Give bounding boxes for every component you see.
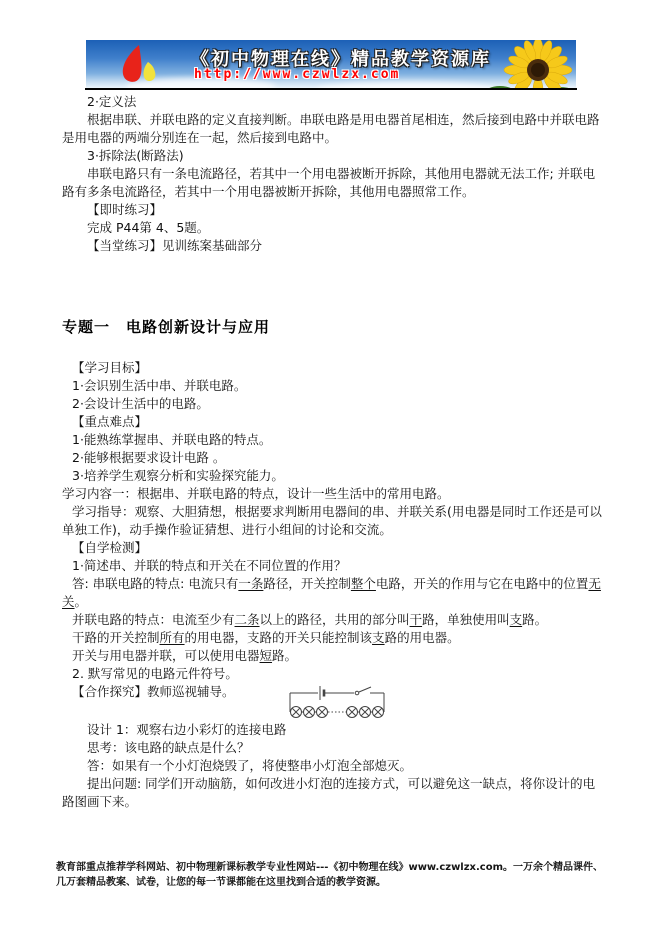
text-run: 根据串联、并联电路的定义直接判断。串联电路是用电器首尾相连，然后接到电路中并联电… [62,112,600,145]
paragraph: 提出问题: 同学们开动脑筋，如何改进小灯泡的连接方式，可以避免这一缺点，将你设计… [62,775,602,811]
paragraph: 思考：该电路的缺点是什么？ [62,739,602,757]
paragraph: 2·定义法 [62,93,602,111]
text-run: 1·能熟练掌握串、并联电路的特点。 [72,432,271,447]
paragraph: 完成 P44第 4、5题。 [62,219,602,237]
text-run: 2·会设计生活中的电路。 [72,396,209,411]
paragraph: 【即时练习】 [62,201,602,219]
paragraph: 设计 1：观察右边小彩灯的连接电路 [62,721,602,739]
text-run: 【重点难点】 [72,414,147,429]
text-run: 【当堂练习】见训练案基础部分 [87,238,262,253]
text-run: 学习指导：观察、大胆猜想，根据要求判断用电器间的串、并联关系(用电器是同时工作还… [62,504,602,537]
paragraph-group: 设计 1：观察右边小彩灯的连接电路思考：该电路的缺点是什么？答：如果有一个小灯泡… [62,721,602,811]
paragraph: 2·会设计生活中的电路。 [62,395,602,413]
answer-underline: 所有 [160,630,185,645]
text-run: 开关与用电器并联，可以使用电器 [72,648,260,663]
paragraph: 3·拆除法(断路法) [62,147,602,165]
text-run: 路。 [272,648,297,663]
text-run: 2·能够根据要求设计电路 。 [72,450,225,465]
text-run: 提出问题: 同学们开动脑筋，如何改进小灯泡的连接方式，可以避免这一缺点，将你设计… [62,776,595,809]
paragraph: 并联电路的特点：电流至少有二条以上的路径，共用的部分叫干路，单独使用叫支路。 [62,611,602,629]
paragraph: 答：如果有一个小灯泡烧毁了，将使整串小灯泡全部熄灭。 [62,757,602,775]
text-run: 1·简述串、并联的特点和开关在不同位置的作用？ [72,558,346,573]
document-page: 《初中物理在线》精品教学资源库 http://www.czwlzx.com [0,0,661,936]
document-body: 2·定义法根据串联、并联电路的定义直接判断。串联电路是用电器首尾相连，然后接到电… [62,93,602,811]
paragraph: 开关与用电器并联，可以使用电器短路。 [62,647,602,665]
text-run: 路的用电器。 [385,630,460,645]
answer-underline: 干 [410,612,423,627]
paragraph: 【重点难点】 [62,413,602,431]
paragraph: 根据串联、并联电路的定义直接判断。串联电路是用电器首尾相连，然后接到电路中并联电… [62,111,602,147]
text-run: 完成 P44第 4、5题。 [87,220,209,235]
text-run: 3·培养学生观察分析和实验探究能力。 [72,468,284,483]
paragraph: 2. 默写常见的电路元件符号。 [62,665,602,683]
circuit-figure [288,685,388,721]
text-run: 路。 [522,612,547,627]
text-run: 思考：该电路的缺点是什么？ [87,740,250,755]
paragraph: 【学习目标】 [62,359,602,377]
text-run: 设计 1：观察右边小彩灯的连接电路 [87,722,286,737]
banner-url: http://www.czwlzx.com [194,67,400,82]
paragraph: 学习指导：观察、大胆猜想，根据要求判断用电器间的串、并联关系(用电器是同时工作还… [62,503,602,539]
paragraph-group: 2·定义法根据串联、并联电路的定义直接判断。串联电路是用电器首尾相连，然后接到电… [62,93,602,701]
section-heading: 专题一 电路创新设计与应用 [62,317,602,337]
text-run: 电路，开关的作用与它在电路中的位置 [376,576,589,591]
sunflower-icon [486,40,572,88]
lamp-icons [291,707,384,718]
text-run: 以上的路径，共用的部分叫 [260,612,410,627]
text-run: 干路的开关控制 [72,630,160,645]
paragraph: 3·培养学生观察分析和实验探究能力。 [62,467,602,485]
text-run: 【即时练习】 [87,202,162,217]
paragraph: 2·能够根据要求设计电路 。 [62,449,602,467]
answer-underline: 支 [510,612,523,627]
footer-note: 教育部重点推荐学科网站、初中物理新课标教学专业性网站---《初中物理在线》www… [56,861,612,890]
text-run: 1·会识别生活中串、并联电路。 [72,378,246,393]
text-run: 串联电路只有一条电流路径，若其中一个用电器被断开拆除，其他用电器就无法工作; 并… [62,166,595,199]
text-run: 学习内容一：根据串、并联电路的特点，设计一些生活中的常用电路。 [62,486,450,501]
text-run: 路径，开关控制 [263,576,351,591]
paragraph: 答: 串联电路的特点: 电流只有一条路径，开关控制整个电路，开关的作用与它在电路… [62,575,602,611]
text-run: 答：如果有一个小灯泡烧毁了，将使整串小灯泡全部熄灭。 [87,758,412,773]
text-run: 的用电器，支路的开关只能控制该 [185,630,373,645]
text-run: 【学习目标】 [72,360,147,375]
site-banner: 《初中物理在线》精品教学资源库 http://www.czwlzx.com [86,40,576,88]
header-divider [85,88,577,90]
paragraph: 串联电路只有一条电流路径，若其中一个用电器被断开拆除，其他用电器就无法工作; 并… [62,165,602,201]
text-run: 并联电路的特点：电流至少有 [72,612,235,627]
paragraph: 【当堂练习】见训练案基础部分 [62,237,602,255]
text-run: 3·拆除法(断路法) [87,148,184,163]
paragraph: 1·能熟练掌握串、并联电路的特点。 [62,431,602,449]
text-run: 专题一 电路创新设计与应用 [62,318,270,336]
paragraph: 1·简述串、并联的特点和开关在不同位置的作用？ [62,557,602,575]
answer-underline: 一条 [238,576,263,591]
answer-underline: 整个 [351,576,376,591]
text-run: 路，单独使用叫 [422,612,510,627]
answer-underline: 支 [372,630,385,645]
text-run: 【自学检测】 [72,540,147,555]
answer-underline: 二条 [235,612,260,627]
answer-underline: 短 [260,648,273,663]
text-run: 2·定义法 [87,94,136,109]
text-run: 。 [75,594,88,609]
circuit-diagram [288,685,388,721]
text-run: 【合作探究】教师巡视辅导。 [72,684,235,699]
paragraph: 学习内容一：根据串、并联电路的特点，设计一些生活中的常用电路。 [62,485,602,503]
battery-icon [320,686,324,700]
paragraph: 干路的开关控制所有的用电器，支路的开关只能控制该支路的用电器。 [62,629,602,647]
paragraph: 【自学检测】 [62,539,602,557]
text-run: 答: 串联电路的特点: 电流只有 [72,576,238,591]
paragraph: 1·会识别生活中串、并联电路。 [62,377,602,395]
text-run: 2. 默写常见的电路元件符号。 [72,666,238,681]
switch-icon [355,687,371,695]
